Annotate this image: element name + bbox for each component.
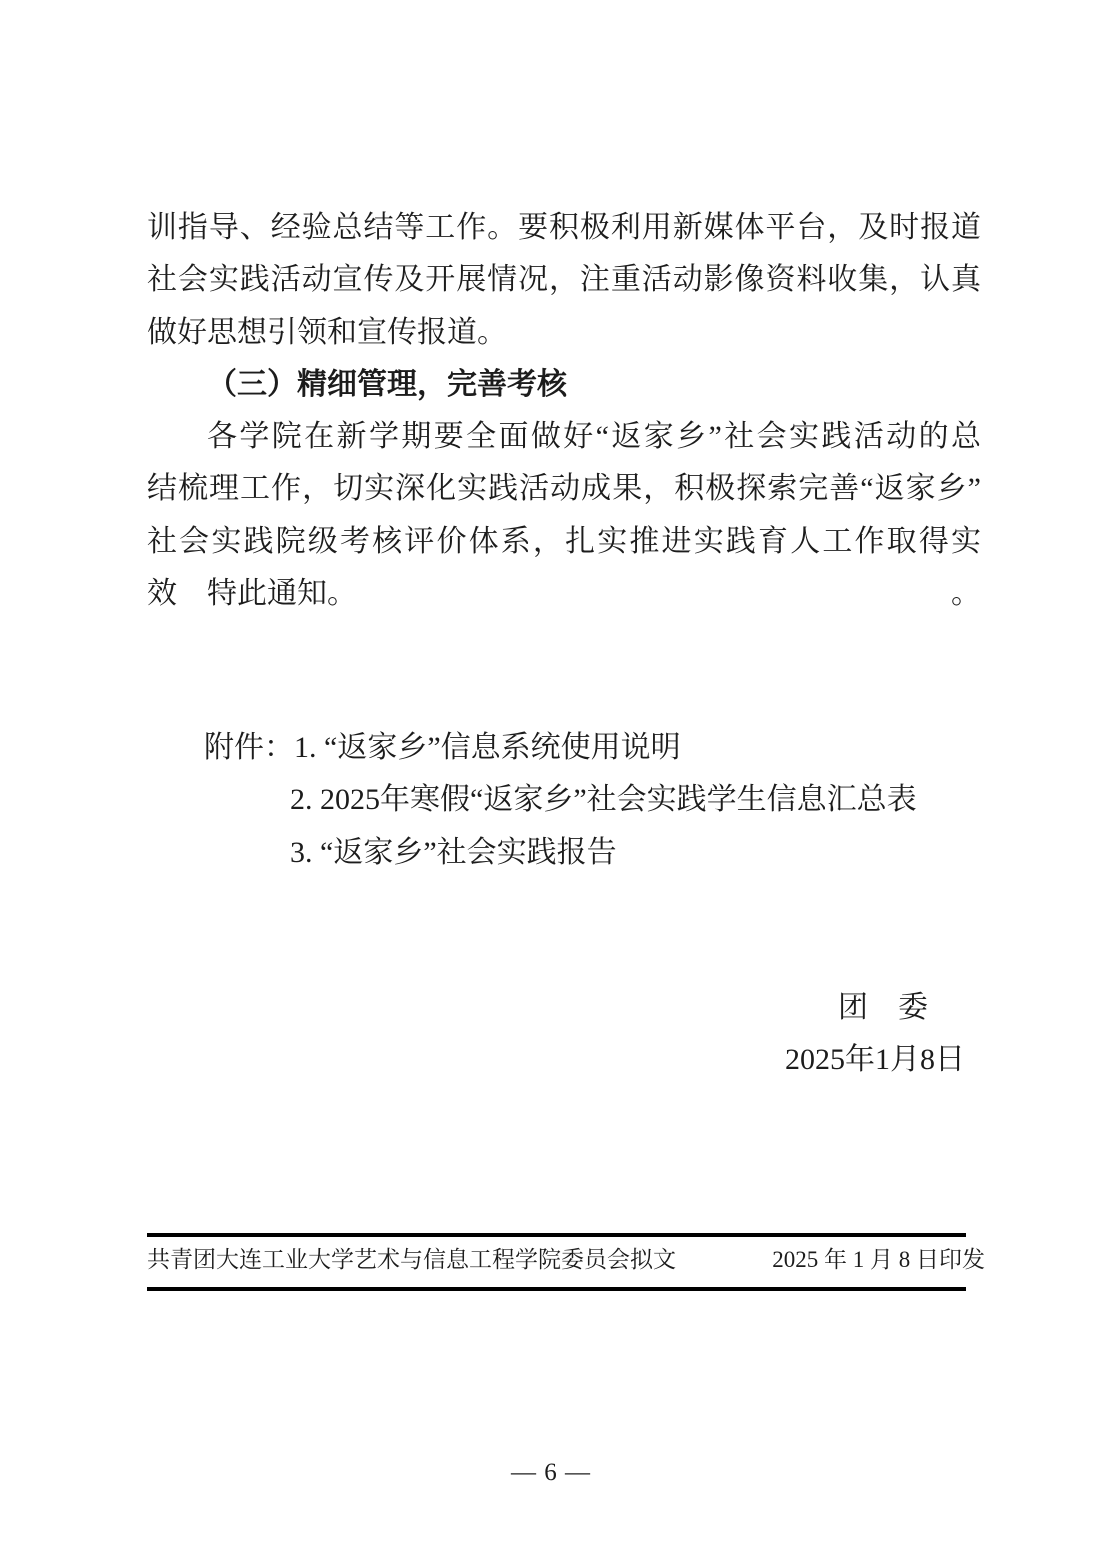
attachments-label: 附件：: [204, 731, 294, 764]
attachment-item: 附件：1. “返家乡”信息系统使用说明: [147, 722, 981, 774]
signature-date: 2025年1月8日: [147, 1034, 981, 1086]
page-number: — 6 —: [0, 1459, 1102, 1487]
body-line: 各学院在新学期要全面做好“返家乡”社会实践活动的总: [147, 411, 981, 463]
body-line: 做好思想引领和宣传报道。: [147, 307, 981, 359]
signature-signer: 团 委: [147, 982, 981, 1034]
document-body: 训指导、经验总结等工作。要积极利用新媒体平台，及时报道 社会实践活动宣传及开展情…: [147, 202, 981, 620]
attachment-item-text: 1. “返家乡”信息系统使用说明: [294, 731, 681, 764]
imprint-drafter: 共青团大连工业大学艺术与信息工程学院委员会拟文: [147, 1244, 676, 1276]
attachment-item: 3. “返家乡”社会实践报告: [147, 827, 981, 879]
imprint-rule-bottom: [147, 1287, 966, 1291]
attachment-item: 2. 2025年寒假“返家乡”社会实践学生信息汇总表: [147, 774, 981, 826]
body-line: 训指导、经验总结等工作。要积极利用新媒体平台，及时报道: [147, 202, 981, 254]
body-line: 社会实践院级考核评价体系，扎实推进实践育人工作取得实效。: [147, 516, 981, 568]
section-heading: （三）精细管理，完善考核: [147, 359, 981, 411]
body-line: 结梳理工作，切实深化实践活动成果，积极探索完善“返家乡”: [147, 463, 981, 515]
document-page: 训指导、经验总结等工作。要积极利用新媒体平台，及时报道 社会实践活动宣传及开展情…: [0, 0, 1102, 1559]
imprint-print-date: 2025 年 1 月 8 日印发: [772, 1244, 985, 1276]
body-line: 社会实践活动宣传及开展情况，注重活动影像资料收集，认真: [147, 254, 981, 306]
imprint-row: 共青团大连工业大学艺术与信息工程学院委员会拟文 2025 年 1 月 8 日印发: [147, 1244, 985, 1276]
imprint-rule-top: [147, 1233, 966, 1237]
attachments-block: 附件：1. “返家乡”信息系统使用说明 2. 2025年寒假“返家乡”社会实践学…: [147, 722, 981, 879]
